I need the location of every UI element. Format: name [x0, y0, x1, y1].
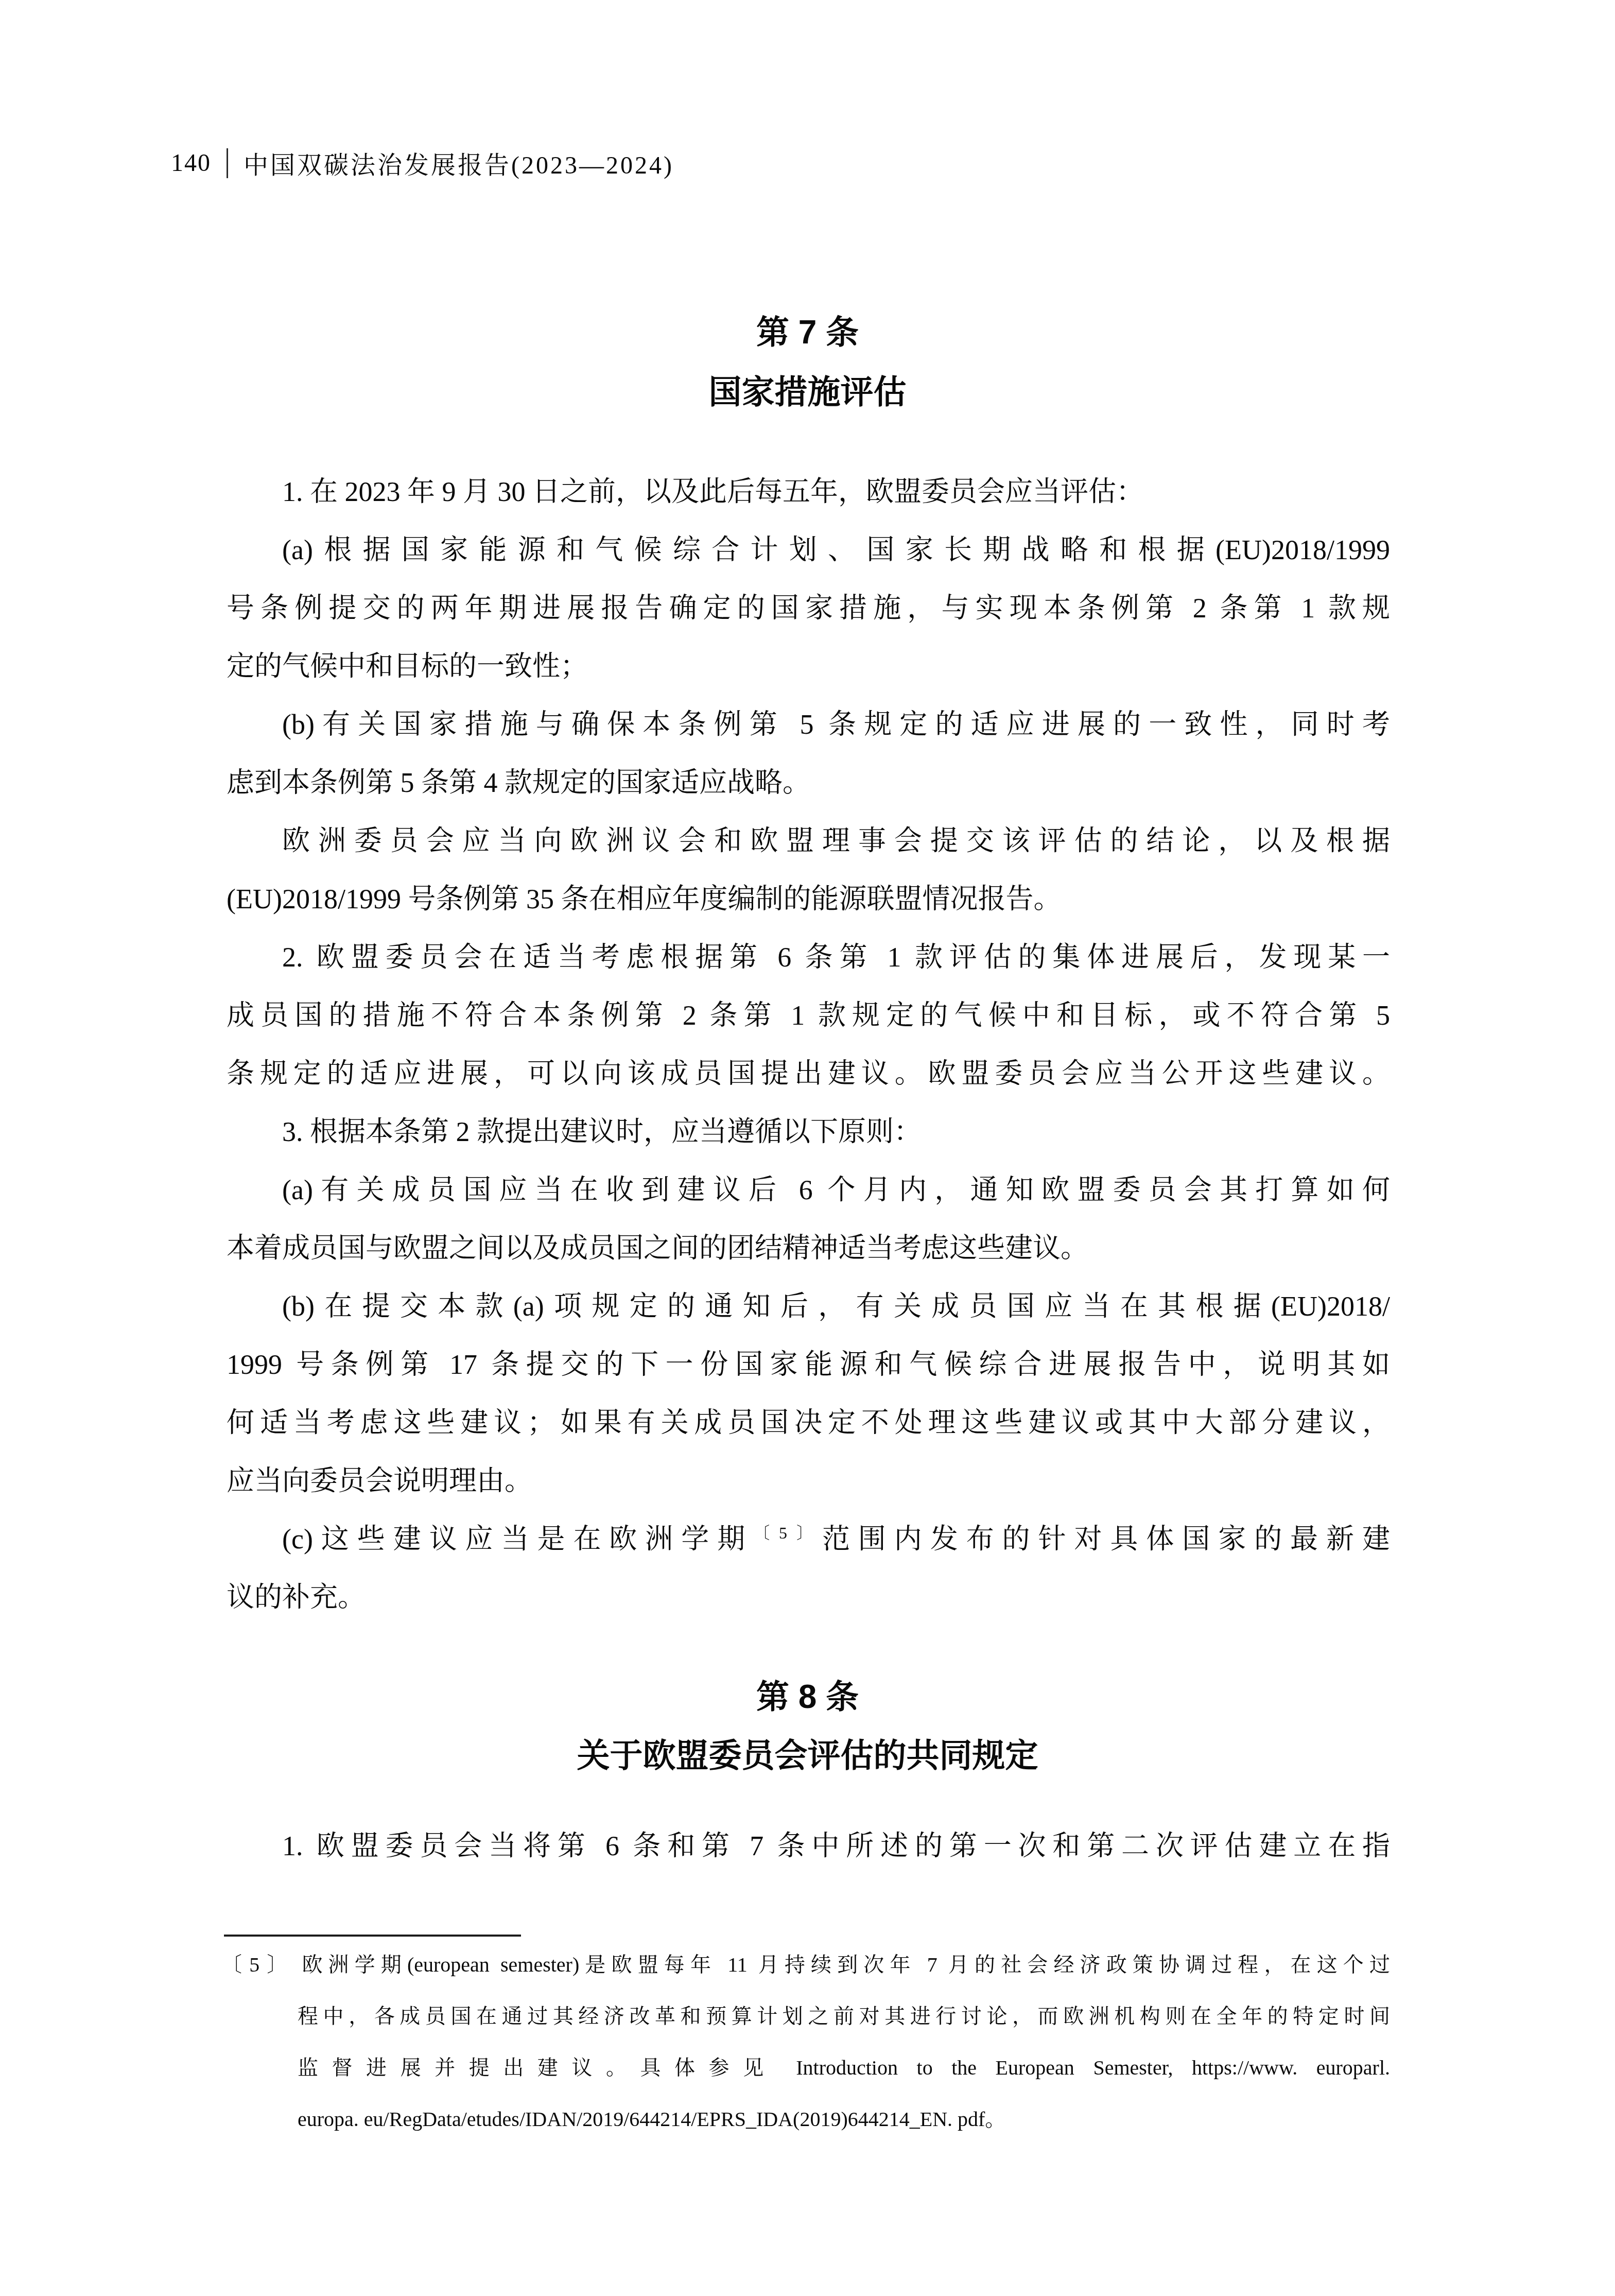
text-line: 程中，各成员国在通过其经济改革和预算计划之前对其进行讨论，而欧洲机构则在全年的特…: [221, 1991, 1390, 2042]
text-line: 1. 在 2023 年 9 月 30 日之前，以及此后每五年，欧盟委员会应当评估…: [227, 463, 1390, 521]
footnote-marker: 〔5〕: [221, 1953, 294, 1976]
text-line: (c)这些建议应当是在欧洲学期〔5〕范围内发布的针对具体国家的最新建: [227, 1510, 1390, 1568]
footnote: 〔5〕欧洲学期(european semester)是欧盟每年 11 月持续到次…: [221, 1939, 1390, 2145]
text-line: 定的气候中和目标的一致性；: [227, 637, 1390, 696]
text-line: (EU)2018/1999 号条例第 35 条在相应年度编制的能源联盟情况报告。: [227, 870, 1390, 928]
text-line: 2. 欧盟委员会在适当考虑根据第 6 条第 1 款评估的集体进展后，发现某一: [227, 928, 1390, 987]
text-line: (a)有关成员国应当在收到建议后 6 个月内，通知欧盟委员会其打算如何: [227, 1161, 1390, 1219]
text-line: 号条例提交的两年期进展报告确定的国家措施，与实现本条例第 2 条第 1 款规: [227, 579, 1390, 637]
header-divider: [227, 148, 228, 178]
footnote-rule: [224, 1935, 521, 1937]
text-line: 何适当考虑这些建议；如果有关成员国决定不处理这些建议或其中大部分建议，: [227, 1394, 1390, 1452]
text-line: (a)根据国家能源和气候综合计划、国家长期战略和根据(EU)2018/1999: [227, 521, 1390, 579]
text-line: 成员国的措施不符合本条例第 2 条第 1 款规定的气候中和目标，或不符合第 5: [227, 987, 1390, 1045]
text-line: 1. 欧盟委员会当将第 6 条和第 7 条中所述的第一次和第二次评估建立在指: [227, 1817, 1390, 1875]
text-line: 1999 号条例第 17 条提交的下一份国家能源和气候综合进展报告中，说明其如: [227, 1336, 1390, 1394]
book-title: 中国双碳法治发展报告(2023—2024): [244, 145, 674, 181]
text-line: 监督进展并提出建议。具体参见 Introduction to the Europ…: [221, 2042, 1390, 2094]
page-number: 140: [171, 149, 211, 177]
text-line: 〔5〕欧洲学期(european semester)是欧盟每年 11 月持续到次…: [221, 1939, 1390, 1991]
footnote-ref: 〔5〕: [753, 1524, 822, 1542]
text-line: 应当向委员会说明理由。: [227, 1452, 1390, 1510]
text-line: 3. 根据本条第 2 款提出建议时，应当遵循以下原则：: [227, 1103, 1390, 1161]
text-line: 议的补充。: [227, 1568, 1390, 1627]
article-7-body: 1. 在 2023 年 9 月 30 日之前，以及此后每五年，欧盟委员会应当评估…: [227, 463, 1390, 1627]
article-8-number: 第 8 条: [0, 1680, 1615, 1713]
text-line: (b)在提交本款(a)项规定的通知后，有关成员国应当在其根据(EU)2018/: [227, 1278, 1390, 1336]
text-line: (b)有关国家措施与确保本条例第 5 条规定的适应进展的一致性，同时考: [227, 696, 1390, 754]
text-line: 欧洲委员会应当向欧洲议会和欧盟理事会提交该评估的结论，以及根据: [227, 812, 1390, 870]
text-line: 虑到本条例第 5 条第 4 款规定的国家适应战略。: [227, 754, 1390, 812]
article-7-number: 第 7 条: [0, 316, 1615, 349]
text-line: europa. eu/RegData/etudes/IDAN/2019/6442…: [221, 2094, 1390, 2145]
article-7-title: 国家措施评估: [0, 375, 1615, 408]
text-line: 本着成员国与欧盟之间以及成员国之间的团结精神适当考虑这些建议。: [227, 1219, 1390, 1278]
article-8-body: 1. 欧盟委员会当将第 6 条和第 7 条中所述的第一次和第二次评估建立在指: [227, 1817, 1390, 1875]
page-header: 140 中国双碳法治发展报告(2023—2024): [171, 145, 674, 181]
article-8-title: 关于欧盟委员会评估的共同规定: [0, 1739, 1615, 1772]
text-line: 条规定的适应进展，可以向该成员国提出建议。欧盟委员会应当公开这些建议。: [227, 1045, 1390, 1103]
book-page: 140 中国双碳法治发展报告(2023—2024) 第 7 条 国家措施评估 1…: [0, 0, 1615, 2296]
